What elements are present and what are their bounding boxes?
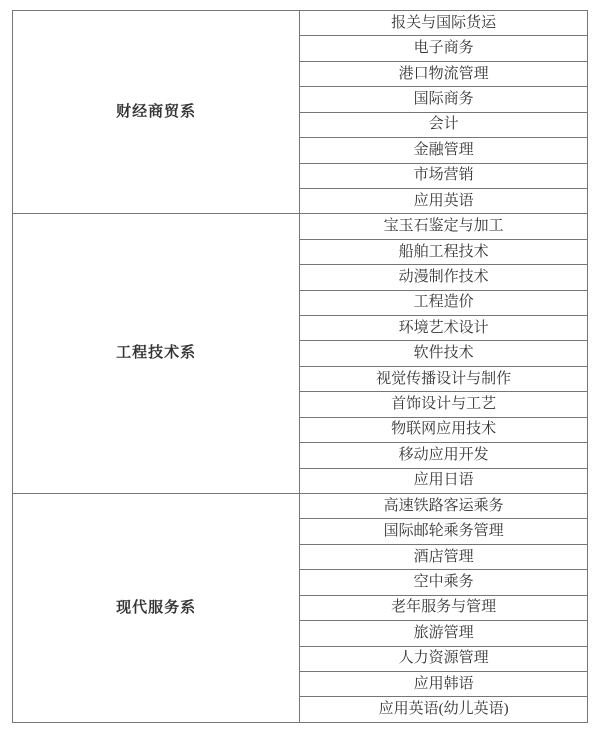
- department-cell: 现代服务系: [13, 494, 300, 723]
- table-row: 工程技术系宝玉石鉴定与加工: [13, 214, 588, 239]
- major-cell: 酒店管理: [300, 544, 588, 569]
- table-body: 财经商贸系报关与国际货运电子商务港口物流管理国际商务会计金融管理市场营销应用英语…: [13, 11, 588, 723]
- major-cell: 会计: [300, 112, 588, 137]
- major-cell: 应用韩语: [300, 671, 588, 696]
- major-cell: 电子商务: [300, 36, 588, 61]
- major-cell: 金融管理: [300, 138, 588, 163]
- major-cell: 船舶工程技术: [300, 239, 588, 264]
- major-cell: 移动应用开发: [300, 443, 588, 468]
- major-cell: 空中乘务: [300, 570, 588, 595]
- major-cell: 应用英语(幼儿英语): [300, 697, 588, 723]
- major-cell: 应用日语: [300, 468, 588, 493]
- major-cell: 老年服务与管理: [300, 595, 588, 620]
- major-cell: 视觉传播设计与制作: [300, 366, 588, 391]
- major-cell: 动漫制作技术: [300, 265, 588, 290]
- major-cell: 宝玉石鉴定与加工: [300, 214, 588, 239]
- major-cell: 高速铁路客运乘务: [300, 494, 588, 519]
- major-cell: 应用英语: [300, 188, 588, 213]
- major-cell: 旅游管理: [300, 621, 588, 646]
- major-cell: 报关与国际货运: [300, 11, 588, 36]
- major-cell: 环境艺术设计: [300, 316, 588, 341]
- table-row: 财经商贸系报关与国际货运: [13, 11, 588, 36]
- major-cell: 首饰设计与工艺: [300, 392, 588, 417]
- major-cell: 国际商务: [300, 87, 588, 112]
- major-cell: 市场营销: [300, 163, 588, 188]
- table-row: 现代服务系高速铁路客运乘务: [13, 494, 588, 519]
- document-page: 财经商贸系报关与国际货运电子商务港口物流管理国际商务会计金融管理市场营销应用英语…: [12, 10, 588, 723]
- major-cell: 国际邮轮乘务管理: [300, 519, 588, 544]
- department-cell: 财经商贸系: [13, 11, 300, 214]
- major-cell: 港口物流管理: [300, 61, 588, 86]
- major-cell: 工程造价: [300, 290, 588, 315]
- major-cell: 人力资源管理: [300, 646, 588, 671]
- department-cell: 工程技术系: [13, 214, 300, 494]
- department-majors-table: 财经商贸系报关与国际货运电子商务港口物流管理国际商务会计金融管理市场营销应用英语…: [12, 10, 588, 723]
- major-cell: 物联网应用技术: [300, 417, 588, 442]
- major-cell: 软件技术: [300, 341, 588, 366]
